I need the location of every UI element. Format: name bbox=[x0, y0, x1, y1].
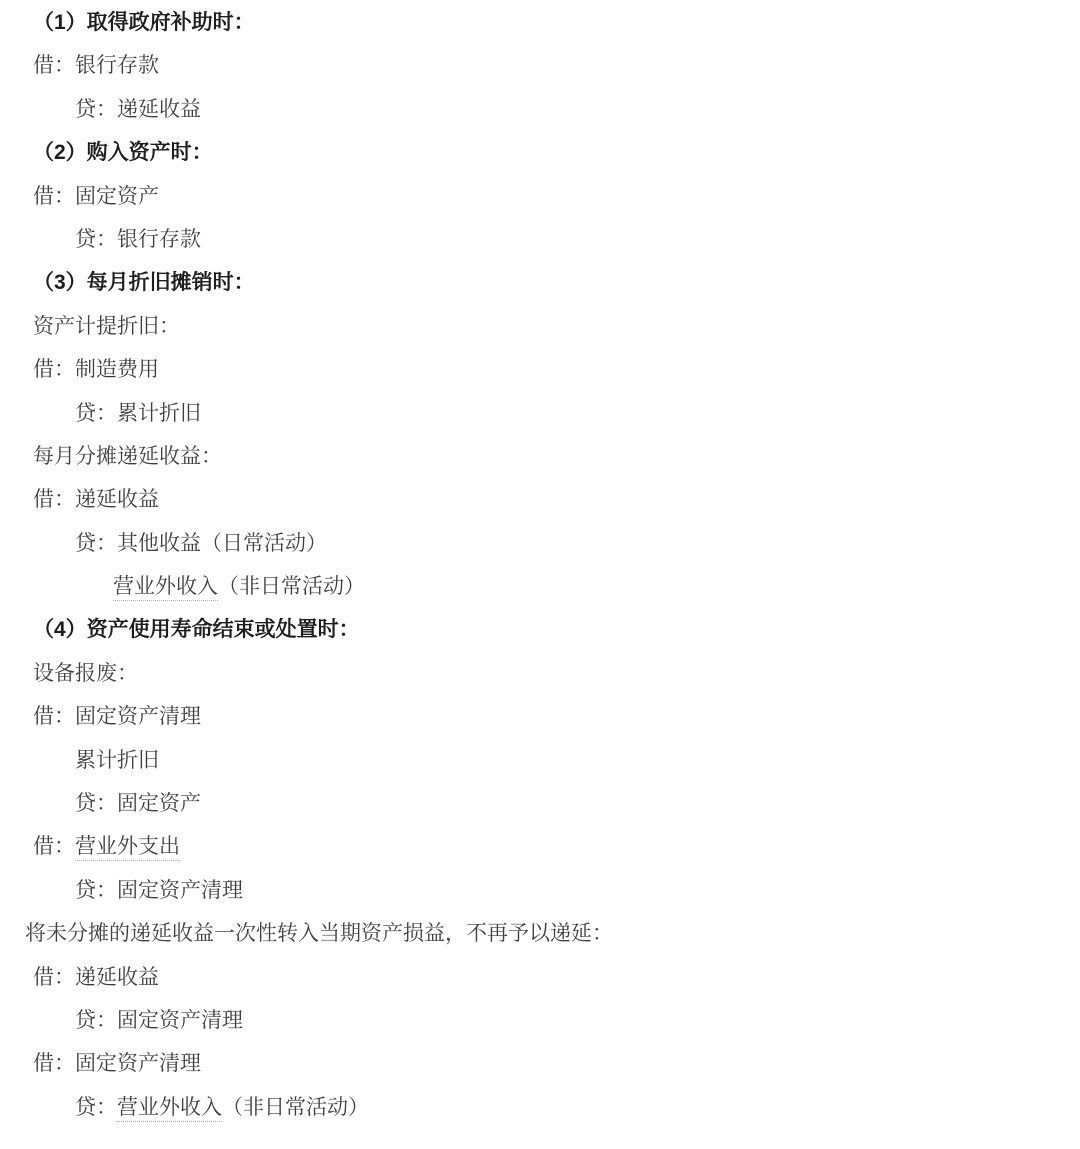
text-segment: 借：递延收益 bbox=[33, 966, 159, 989]
text-segment: （3）每月折旧摊销时： bbox=[33, 271, 255, 294]
text-segment: 贷：其他收益（日常活动） bbox=[75, 532, 327, 555]
text-segment: 借：递延收益 bbox=[33, 488, 159, 511]
text-segment: （2）购入资产时： bbox=[33, 141, 213, 164]
text-segment: 将未分摊的递延收益一次性转入当期资产损益，不再予以递延： bbox=[25, 922, 613, 945]
text-segment: 贷：银行存款 bbox=[75, 228, 201, 251]
underlined-term: 营业外支出 bbox=[75, 835, 180, 861]
text-segment: 设备报废： bbox=[33, 662, 138, 685]
text-segment: 借：制造费用 bbox=[33, 358, 159, 381]
debit-line: 借：递延收益 bbox=[33, 478, 1080, 521]
text-segment: 累计折旧 bbox=[75, 749, 159, 772]
text-segment: 借：固定资产清理 bbox=[33, 705, 201, 728]
note-line: 将未分摊的递延收益一次性转入当期资产损益，不再予以递延： bbox=[25, 912, 1080, 955]
debit-extra-line: 累计折旧 bbox=[75, 739, 1080, 782]
label-line: 设备报废： bbox=[33, 652, 1080, 695]
text-segment: 借：银行存款 bbox=[33, 54, 159, 77]
credit-line: 贷：累计折旧 bbox=[75, 392, 1080, 435]
credit-line: 贷：其他收益（日常活动） bbox=[75, 522, 1080, 565]
text-segment: （1）取得政府补助时： bbox=[33, 11, 255, 34]
text-segment: （4）资产使用寿命结束或处置时： bbox=[33, 618, 360, 641]
document-body: （1）取得政府补助时：借：银行存款贷：递延收益（2）购入资产时：借：固定资产贷：… bbox=[0, 0, 1080, 1129]
debit-line: 借：固定资产清理 bbox=[33, 695, 1080, 738]
debit-line: 借：固定资产清理 bbox=[33, 1042, 1080, 1085]
text-segment: 借： bbox=[33, 835, 75, 858]
text-segment: 借：固定资产 bbox=[33, 185, 159, 208]
debit-line: 借：递延收益 bbox=[33, 956, 1080, 999]
label-line: 资产计提折旧： bbox=[33, 305, 1080, 348]
text-segment: （非日常活动） bbox=[222, 1096, 369, 1119]
text-segment: 贷： bbox=[75, 1096, 117, 1119]
text-segment: 贷：固定资产 bbox=[75, 792, 201, 815]
heading-line: （2）购入资产时： bbox=[33, 131, 1080, 174]
credit-extra-line: 营业外收入（非日常活动） bbox=[113, 565, 1080, 608]
text-segment: （非日常活动） bbox=[218, 575, 365, 598]
heading-line: （4）资产使用寿命结束或处置时： bbox=[33, 608, 1080, 651]
text-segment: 每月分摊递延收益： bbox=[33, 445, 222, 468]
text-segment: 借：固定资产清理 bbox=[33, 1052, 201, 1075]
label-line: 每月分摊递延收益： bbox=[33, 435, 1080, 478]
text-segment: 贷：累计折旧 bbox=[75, 402, 201, 425]
debit-line: 借：固定资产 bbox=[33, 175, 1080, 218]
text-segment: 贷：递延收益 bbox=[75, 98, 201, 121]
credit-line: 贷：递延收益 bbox=[75, 88, 1080, 131]
heading-line: （1）取得政府补助时： bbox=[33, 1, 1080, 44]
text-segment: 贷：固定资产清理 bbox=[75, 1009, 243, 1032]
credit-line: 贷：银行存款 bbox=[75, 218, 1080, 261]
text-segment: 贷：固定资产清理 bbox=[75, 879, 243, 902]
credit-line: 贷：营业外收入（非日常活动） bbox=[75, 1086, 1080, 1129]
credit-line: 贷：固定资产清理 bbox=[75, 869, 1080, 912]
underlined-term: 营业外收入 bbox=[117, 1096, 222, 1122]
debit-line: 借：银行存款 bbox=[33, 44, 1080, 87]
heading-line: （3）每月折旧摊销时： bbox=[33, 261, 1080, 304]
underlined-term: 营业外收入 bbox=[113, 575, 218, 601]
debit-line: 借：营业外支出 bbox=[33, 825, 1080, 868]
credit-line: 贷：固定资产清理 bbox=[75, 999, 1080, 1042]
credit-line: 贷：固定资产 bbox=[75, 782, 1080, 825]
debit-line: 借：制造费用 bbox=[33, 348, 1080, 391]
text-segment: 资产计提折旧： bbox=[33, 315, 180, 338]
